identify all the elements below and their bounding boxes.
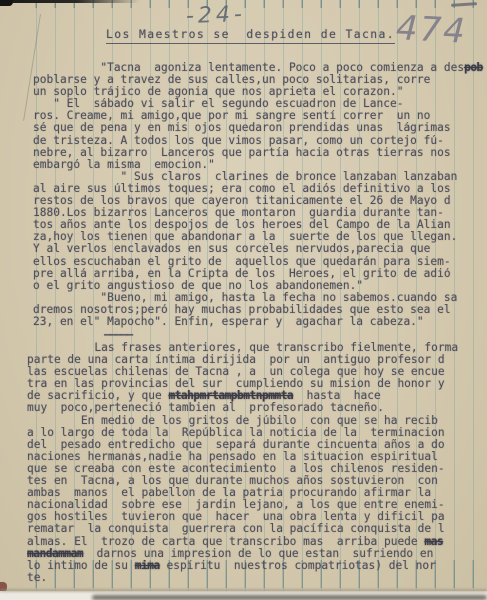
typed-line: En medio de los gritos de júbilo con que…	[27, 415, 487, 427]
typed-line: rematar la conquista guerrera con la pac…	[27, 523, 487, 535]
commentary-block: Las frases anteriores, que transcribo fi…	[27, 342, 487, 584]
typed-line: ellos escuchaban el grito de aquellos qu…	[33, 256, 487, 268]
typed-line: naciones hermanas,nadie ha pensado en la…	[27, 451, 487, 463]
paper: -24- 474 Los Maestros se despiden de Tac…	[0, 0, 487, 591]
overstruck-text: pob	[464, 62, 483, 74]
typed-line: 1880.Los bizarros Lanceros que montaron …	[33, 207, 487, 219]
typed-line: tra en las provincias del sur cumpliendo…	[27, 378, 487, 390]
typed-line: gos hostiles tuvieron que hacer una obra…	[27, 511, 487, 523]
typed-line: nacionalidad sobre ese jardin lejano, a …	[27, 499, 487, 511]
scanned-page: -24- 474 Los Maestros se despiden de Tac…	[0, 0, 487, 600]
typed-line: a lo largo de toda la República la notic…	[27, 427, 487, 439]
overstruck-text: mima	[135, 560, 160, 572]
typed-line: almas. El trozo de carta que transcribo …	[27, 536, 487, 548]
typed-line: restos de los bravos que cayeron titanic…	[33, 195, 487, 207]
quoted-letter-block: "Tacna agoniza lentamente. Poco a poco c…	[33, 62, 487, 328]
typed-line: Y al verlos enclavados en sus corceles n…	[33, 243, 487, 255]
typed-line: pre allá arriba, en la Cripta de los Her…	[33, 268, 487, 280]
handwritten-folio-number: 474	[395, 8, 468, 52]
handwritten-page-number: -24-	[186, 2, 247, 29]
typed-line: tes en Tacna, a los que durante muchos a…	[27, 475, 487, 487]
overstruck-text: mandammam	[27, 548, 83, 560]
typed-line: muy poco,perteneció tambien al profesora…	[27, 402, 487, 414]
typed-line: de tristeza. A todos los que vimos pasar…	[33, 135, 487, 147]
document-title: Los Maestros se despiden de Tacna.	[106, 27, 395, 44]
typed-line: "Tacna agoniza lentamente. Poco a poco c…	[33, 62, 487, 74]
typed-line: Las frases anteriores, que transcribo fi…	[27, 342, 487, 354]
typed-line: te.	[27, 572, 487, 584]
typed-line: ambas manos el pabellon de la patria pro…	[27, 487, 487, 499]
typed-line: " El sábado vi salir el segundo escuadro…	[33, 98, 487, 110]
typed-separator: —————	[104, 328, 132, 341]
typed-line: embargó la misma emocion."	[33, 159, 487, 171]
typed-line: nebre, al bizarro Lanceros que partía ha…	[33, 147, 487, 159]
scan-corner-blob	[0, 0, 13, 6]
typed-line: " Sus claros clarines de bronce lanzaban…	[33, 171, 487, 183]
typed-line: parte de una carta íntima dirijida por u…	[27, 354, 487, 366]
typed-line: 23, en el" Mapocho". Enfin, esperar y ag…	[33, 316, 487, 328]
typed-line: al aire sus últimos toques; era como el …	[33, 183, 487, 195]
typed-line: za,hoy los tienen que abandonar a la sue…	[33, 231, 487, 243]
typed-line: o el grito angustioso de que no los aban…	[33, 280, 487, 292]
typed-line: un soplo trájico de agonia que nos aprie…	[33, 86, 487, 98]
typed-line: sé que de pena y en mis ojos quedaron pr…	[33, 122, 487, 134]
overstruck-text: mas	[424, 536, 443, 548]
typed-line: "Bueno, mi amigo, hasta la fecha no sabe…	[33, 292, 487, 304]
scan-edge-top-left	[0, 0, 140, 3]
typed-line: que se creaba con este acontecimiento a …	[27, 463, 487, 475]
typed-line: poblarse y a travez de sus calles,un poc…	[33, 74, 487, 86]
paper-edge-shadow	[0, 589, 487, 592]
typed-line: dremos nosotros;peró hay muchas probabil…	[33, 304, 487, 316]
typed-line: ros. Creame, mi amigo,que por mi sangre …	[33, 110, 487, 122]
typed-line: del pesado entredicho que separá durante…	[27, 439, 487, 451]
typed-line: tos años ante los despojos de los heroes…	[33, 219, 487, 231]
typed-line: mandammam darnos una impresion de lo que…	[27, 548, 487, 560]
typed-line: lo intimo de su mima espíritu nuestros c…	[27, 560, 487, 572]
scanner-dark-band	[92, 595, 487, 600]
typed-line: de sacrificio, y que mtahpmrtampbmtnpmmt…	[27, 390, 487, 402]
overstruck-text: mtahpmrtampbmtnpmmta	[168, 390, 293, 402]
typed-line: las escuelas chilenas de Tacna , a un co…	[27, 366, 487, 378]
